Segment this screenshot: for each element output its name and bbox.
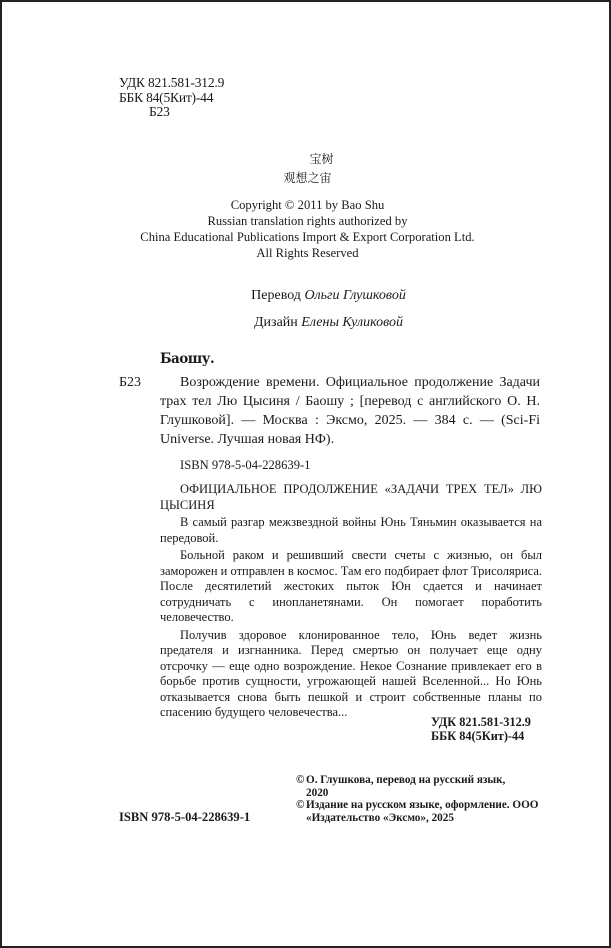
author-mark: Б23 (119, 105, 224, 120)
annotation-paragraph: Получив здоровое клонированное тело, Юнь… (160, 628, 542, 721)
annotation-paragraph: ОФИЦИАЛЬНОЕ ПРОДОЛЖЕНИЕ «ЗАДАЧИ ТРЕХ ТЕЛ… (160, 482, 542, 513)
copyright-line: All Rights Reserved (2, 245, 611, 261)
copyright-symbol-icon: © (296, 799, 304, 812)
copyright-line: Copyright © 2011 by Bao Shu (2, 197, 611, 213)
footer-isbn: ISBN 978-5-04-228639-1 (119, 810, 250, 825)
designer-name: Елены Куликовой (301, 315, 403, 330)
annotation-paragraph: В самый разгар межзвездной войны Юнь Тян… (160, 515, 542, 546)
designer-credit: Дизайн Елены Куликовой (2, 315, 611, 331)
bib-description-text: Возрождение времени. Официальное продолж… (160, 373, 540, 449)
classification-block: УДК 821.581-312.9 ББК 84(5Кит)-44 Б23 (119, 76, 224, 120)
copyright-line: Russian translation rights authorized by (2, 213, 611, 229)
bbk-code: ББК 84(5Кит)-44 (119, 91, 224, 106)
designer-label: Дизайн (254, 315, 298, 330)
copyright-translation-text: О. Глушкова, перевод на русский язык, 20… (306, 774, 516, 799)
translator-label: Перевод (251, 288, 301, 303)
translator-name: Ольги Глушковой (304, 288, 405, 303)
footer-copyrights: © О. Глушкова, перевод на русский язык, … (296, 774, 561, 824)
annotation: ОФИЦИАЛЬНОЕ ПРОДОЛЖЕНИЕ «ЗАДАЧИ ТРЕХ ТЕЛ… (160, 482, 542, 723)
bib-description: Возрождение времени. Официальное продолж… (160, 373, 540, 449)
bib-author-mark: Б23 (119, 375, 141, 391)
bib-isbn: ISBN 978-5-04-228639-1 (180, 458, 310, 473)
original-author-cn: 宝树 (2, 150, 611, 169)
copyright-edition: © Издание на русском языке, оформление. … (296, 799, 561, 824)
translator-credit: Перевод Ольги Глушковой (2, 288, 611, 304)
original-title-cn: 观想之宙 (2, 169, 611, 188)
page-frame: УДК 821.581-312.9 ББК 84(5Кит)-44 Б23 宝树… (0, 0, 611, 948)
footer-bbk: ББК 84(5Кит)-44 (431, 729, 531, 743)
copyright-edition-text: Издание на русском языке, оформление. ОО… (306, 799, 561, 824)
copyright-notice: Copyright © 2011 by Bao Shu Russian tran… (2, 197, 611, 261)
original-title-block: 宝树 观想之宙 (2, 150, 611, 188)
copyright-translation: © О. Глушкова, перевод на русский язык, … (296, 774, 561, 799)
annotation-paragraph: Больной раком и решивший свести счеты с … (160, 548, 542, 626)
footer-udk: УДК 821.581-312.9 (431, 715, 531, 729)
footer-codes: УДК 821.581-312.9 ББК 84(5Кит)-44 (431, 715, 531, 743)
bib-author-heading: Баошу. (160, 351, 214, 367)
copyright-line: China Educational Publications Import & … (2, 229, 611, 245)
udk-code: УДК 821.581-312.9 (119, 76, 224, 91)
copyright-symbol-icon: © (296, 774, 304, 787)
